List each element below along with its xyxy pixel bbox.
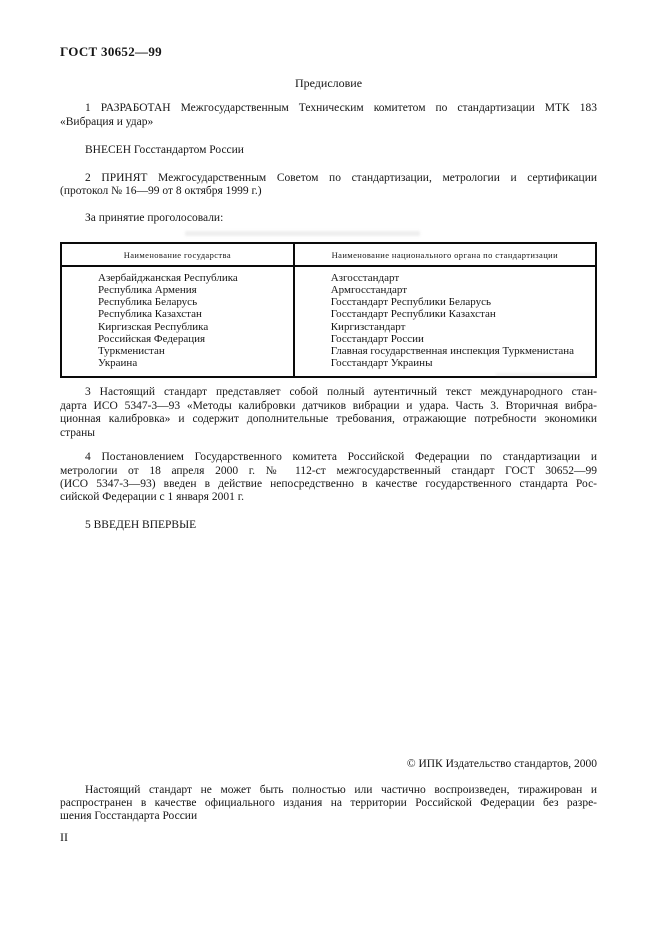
paragraph-vote-intro: За принятие проголосовали: [60, 212, 597, 225]
text-line: дарта ИСО 5347-3—93 «Методы калибровки д… [60, 400, 597, 413]
text-line: «Вибрация и удар» [60, 116, 597, 129]
scan-artifact [185, 231, 420, 236]
table-row: Российская Федерация Госстандарт России [61, 333, 596, 345]
voting-table: Наименование государства Наименование на… [60, 242, 597, 379]
doc-code: ГОСТ 30652—99 [60, 45, 597, 59]
paragraph-developed: 1 РАЗРАБОТАН Межгосударственным Техничес… [60, 102, 597, 129]
text-line: (протокол № 16—99 от 8 октября 1999 г.) [60, 185, 597, 198]
table-row: Туркменистан Главная государственная инс… [61, 345, 596, 357]
state-cell: Республика Казахстан [61, 308, 294, 320]
state-cell: Республика Беларусь [61, 296, 294, 308]
text-line: Настоящий стандарт не может быть полност… [60, 784, 597, 797]
organ-cell: Госстандарт России [294, 333, 596, 345]
paragraph-first-introduced: 5 ВВЕДЕН ВПЕРВЫЕ [60, 519, 597, 532]
paragraph-submitted: ВНЕСЕН Госстандартом России [60, 144, 597, 157]
table-row: Киргизская Республика Киргизстандарт [61, 321, 596, 333]
organ-cell: Госстандарт Республики Беларусь [294, 296, 596, 308]
text-line: 5 ВВЕДЕН ВПЕРВЫЕ [60, 519, 597, 532]
distribution-notice: Настоящий стандарт не может быть полност… [60, 784, 597, 824]
text-line: сийской Федерации с 1 января 2001 г. [60, 491, 597, 504]
copyright-line: © ИПК Издательство стандартов, 2000 [60, 758, 597, 771]
document-page: ГОСТ 30652—99 Предисловие 1 РАЗРАБОТАН М… [0, 0, 661, 936]
text-line: 2 ПРИНЯТ Межгосударственным Советом по с… [60, 172, 597, 185]
paragraph-authentic-text: 3 Настоящий стандарт представляет собой … [60, 386, 597, 440]
text-line: страны [60, 427, 597, 440]
organ-cell: Госстандарт Украины [294, 357, 596, 377]
state-cell: Киргизская Республика [61, 321, 294, 333]
organ-cell: Киргизстандарт [294, 321, 596, 333]
state-cell: Азербайджанская Республика [61, 266, 294, 284]
text-line: метрологии от 18 апреля 2000 г. № 112-ст… [60, 465, 597, 478]
state-cell: Украина [61, 357, 294, 377]
table-row: Республика Армения Армгосстандарт [61, 284, 596, 296]
table-row: Республика Беларусь Госстандарт Республи… [61, 296, 596, 308]
text-line: распространен в качестве официального из… [60, 797, 597, 810]
text-line: 3 Настоящий стандарт представляет собой … [60, 386, 597, 399]
text-line: ционная калибровка» и содержит дополните… [60, 413, 597, 426]
table-row: Республика Казахстан Госстандарт Республ… [61, 308, 596, 320]
table-header-organ: Наименование национального органа по ста… [294, 243, 596, 266]
text-line: За принятие проголосовали: [60, 212, 597, 225]
paragraph-enactment: 4 Постановлением Государственного комите… [60, 451, 597, 505]
table-row: Украина Госстандарт Украины [61, 357, 596, 377]
state-cell: Российская Федерация [61, 333, 294, 345]
text-line: 4 Постановлением Государственного комите… [60, 451, 597, 464]
state-cell: Республика Армения [61, 284, 294, 296]
page-number: II [60, 831, 597, 844]
organ-cell: Госстандарт Республики Казахстан [294, 308, 596, 320]
organ-cell: Главная государственная инспекция Туркме… [294, 345, 596, 357]
text-line: шения Госстандарта России [60, 810, 597, 823]
text-line: 1 РАЗРАБОТАН Межгосударственным Техничес… [60, 102, 597, 115]
text-line: ВНЕСЕН Госстандартом России [60, 144, 597, 157]
table-header-state: Наименование государства [61, 243, 294, 266]
text-line: (ИСО 5347-3—93) введен в действие непоср… [60, 478, 597, 491]
state-cell: Туркменистан [61, 345, 294, 357]
organ-cell: Армгосстандарт [294, 284, 596, 296]
table-header-row: Наименование государства Наименование на… [61, 243, 596, 266]
paragraph-adopted: 2 ПРИНЯТ Межгосударственным Советом по с… [60, 172, 597, 199]
organ-cell: Азгосстандарт [294, 266, 596, 284]
page-title: Предисловие [60, 77, 597, 90]
table-row: Азербайджанская Республика Азгосстандарт [61, 266, 596, 284]
